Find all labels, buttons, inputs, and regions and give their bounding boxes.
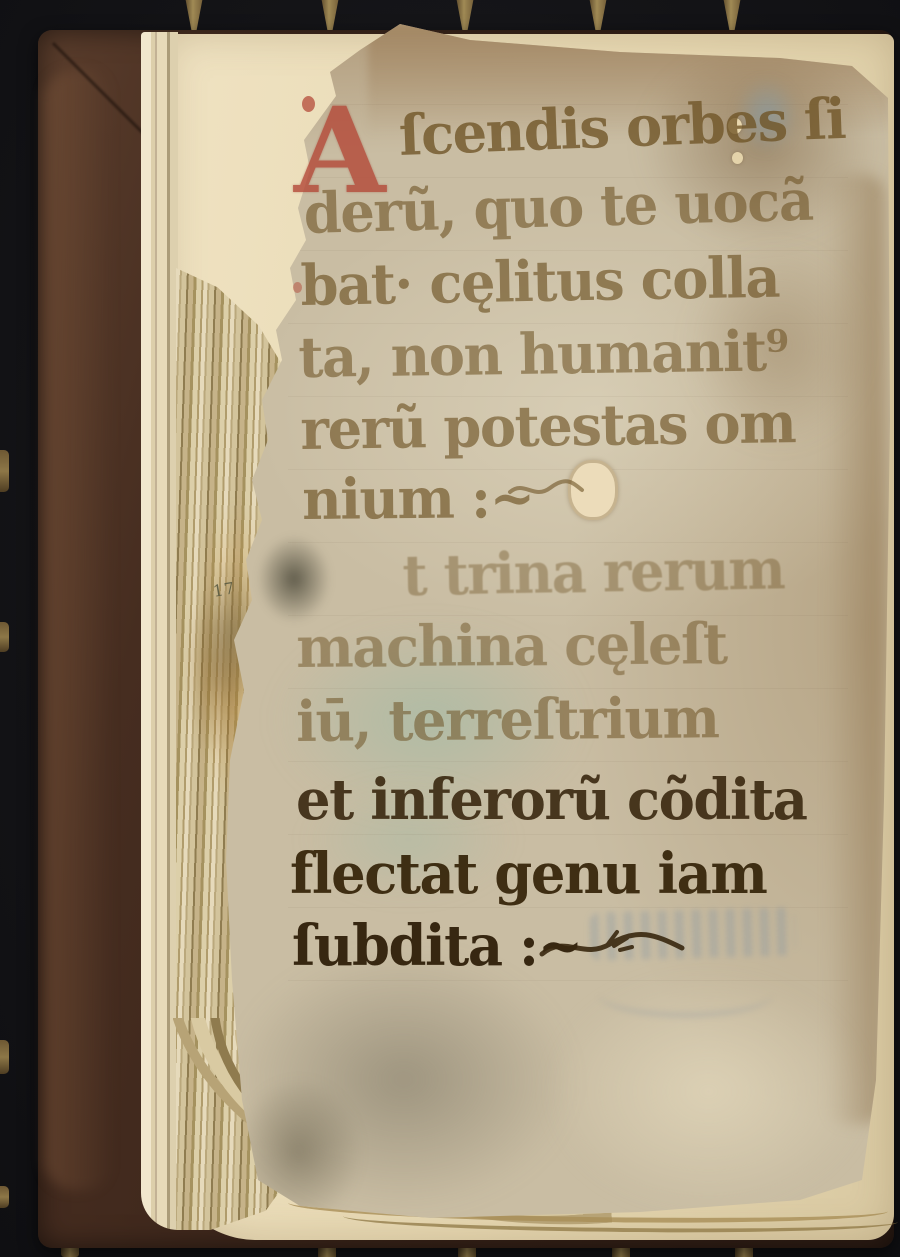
text-line-4: ta, non humanit⁹	[298, 323, 788, 386]
folio-number: 17	[212, 578, 237, 601]
photo-scene: A ſcendis orbes ſi derũ, quo te uocã bat…	[0, 0, 900, 1257]
text-line-11: flectat genu iam	[290, 846, 766, 902]
text-line-5: rerũ potestas om	[300, 395, 796, 458]
text-line-9: iū, terreſtrium	[296, 690, 719, 750]
brass-peg-icon	[0, 622, 9, 652]
text-line-2: derũ, quo te uocã	[303, 173, 813, 242]
brass-peg-icon	[454, 0, 476, 30]
text-line-10: et inferorũ cõdita	[296, 772, 807, 828]
faint-show-through-mark	[598, 970, 773, 1018]
vine-flourish	[538, 926, 688, 970]
brass-peg-icon	[587, 0, 609, 30]
brass-peg-icon	[0, 450, 9, 492]
line-end-flourish	[506, 476, 586, 504]
brass-peg-icon	[319, 0, 341, 30]
manuscript-book: A ſcendis orbes ſi derũ, quo te uocã bat…	[38, 30, 894, 1248]
brass-peg-icon	[0, 1040, 9, 1074]
text-line-3: bat· cęlitus colla	[300, 250, 780, 314]
leather-highlight	[44, 70, 114, 1190]
brass-peg-icon	[183, 0, 205, 30]
brass-peg-icon	[0, 1186, 9, 1208]
text-line-6: nium :~	[302, 470, 534, 528]
brass-peg-icon	[721, 0, 743, 30]
text-line-8: machina cęleſt	[296, 616, 727, 676]
text-line-7: t trina rerum	[402, 541, 785, 604]
text-line-1: ſcendis orbes ſi	[398, 91, 846, 164]
